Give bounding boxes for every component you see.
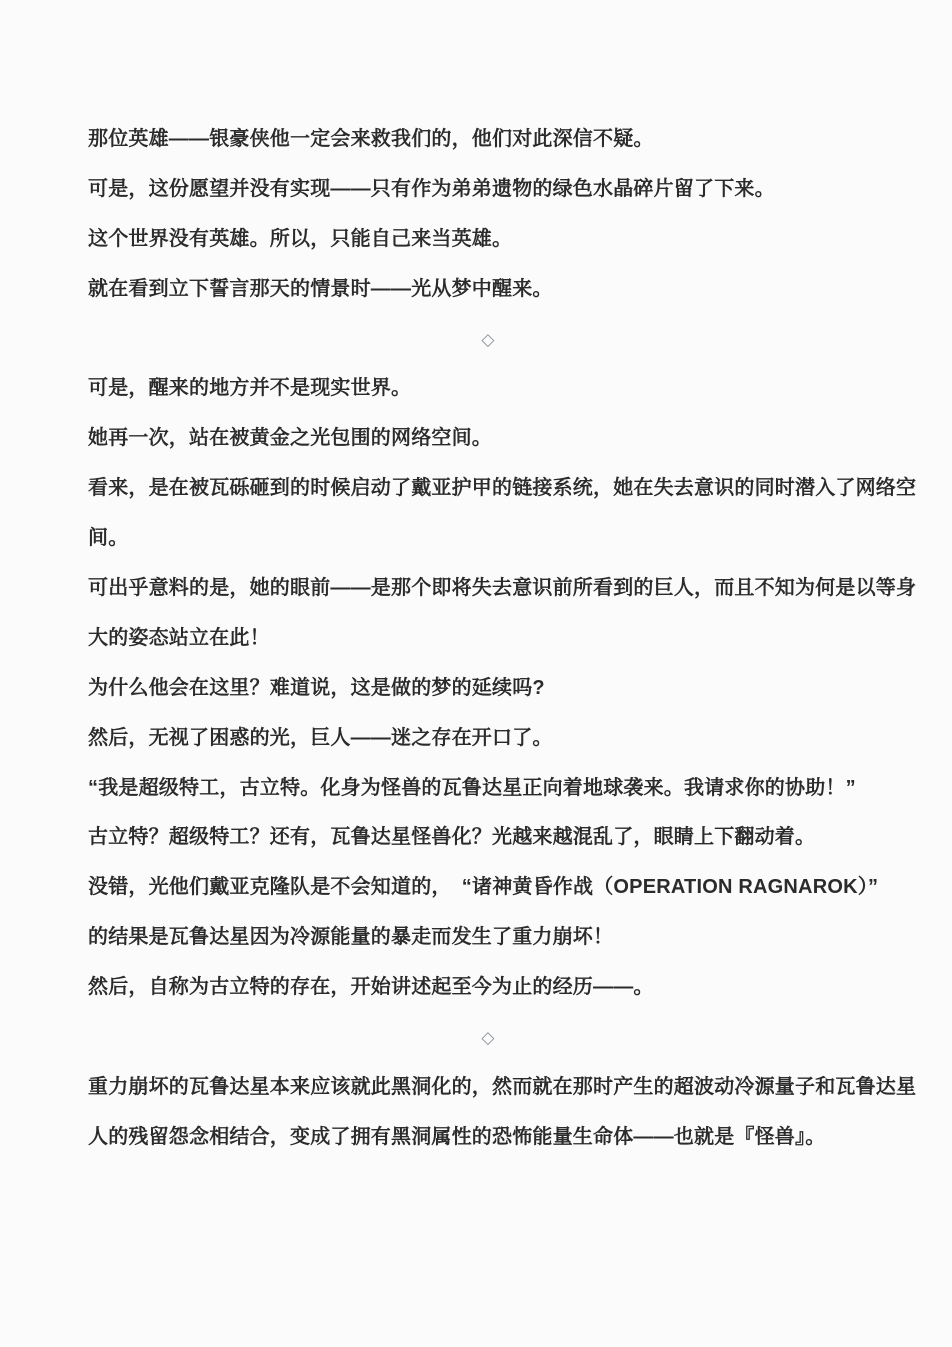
scene-separator-diamond: ◇ — [88, 315, 888, 365]
paragraph-line: 就在看到立下誓言那天的情景时——光从梦中醒来。 — [88, 265, 888, 315]
paragraph-line: 人的残留怨念相结合，变成了拥有黑洞属性的恐怖能量生命体——也就是『怪兽』。 — [88, 1113, 888, 1163]
paragraph-line: 间。 — [88, 514, 888, 564]
paragraph-line: 这个世界没有英雄。所以，只能自己来当英雄。 — [88, 215, 888, 265]
paragraph-line: 可出乎意料的是，她的眼前——是那个即将失去意识前所看到的巨人，而且不知为何是以等… — [88, 564, 888, 614]
paragraph-line: 那位英雄——银豪侠他一定会来救我们的，他们对此深信不疑。 — [88, 115, 888, 165]
paragraph-line: 重力崩坏的瓦鲁达星本来应该就此黑洞化的，然而就在那时产生的超波动冷源量子和瓦鲁达… — [88, 1063, 888, 1113]
paragraph-line: 可是，醒来的地方并不是现实世界。 — [88, 364, 888, 414]
paragraph-line: 没错，光他们戴亚克隆队是不会知道的， “诸神黄昏作战（OPERATION RAG… — [88, 863, 888, 913]
paragraph-line: 然后，自称为古立特的存在，开始讲述起至今为止的经历——。 — [88, 963, 888, 1013]
paragraph-line: “我是超级特工，古立特。化身为怪兽的瓦鲁达星正向着地球袭来。我请求你的协助！” — [88, 764, 888, 814]
paragraph-line: 然后，无视了困惑的光，巨人——迷之存在开口了。 — [88, 714, 888, 764]
paragraph-line: 为什么他会在这里？难道说，这是做的梦的延续吗? — [88, 664, 888, 714]
paragraph-line: 古立特？超级特工？还有，瓦鲁达星怪兽化？光越来越混乱了，眼睛上下翻动着。 — [88, 813, 888, 863]
paragraph-line: 看来，是在被瓦砾砸到的时候启动了戴亚护甲的链接系统，她在失去意识的同时潜入了网络… — [88, 464, 888, 514]
novel-text-column: 那位英雄——银豪侠他一定会来救我们的，他们对此深信不疑。可是，这份愿望并没有实现… — [88, 115, 888, 1163]
paragraph-line: 她再一次，站在被黄金之光包围的网络空间。 — [88, 414, 888, 464]
paragraph-line: 的结果是瓦鲁达星因为冷源能量的暴走而发生了重力崩坏！ — [88, 913, 888, 963]
scene-separator-diamond: ◇ — [88, 1013, 888, 1063]
novel-reading-page: 那位英雄——银豪侠他一定会来救我们的，他们对此深信不疑。可是，这份愿望并没有实现… — [0, 0, 952, 1347]
paragraph-line: 可是，这份愿望并没有实现——只有作为弟弟遗物的绿色水晶碎片留了下来。 — [88, 165, 888, 215]
paragraph-line: 大的姿态站立在此！ — [88, 614, 888, 664]
